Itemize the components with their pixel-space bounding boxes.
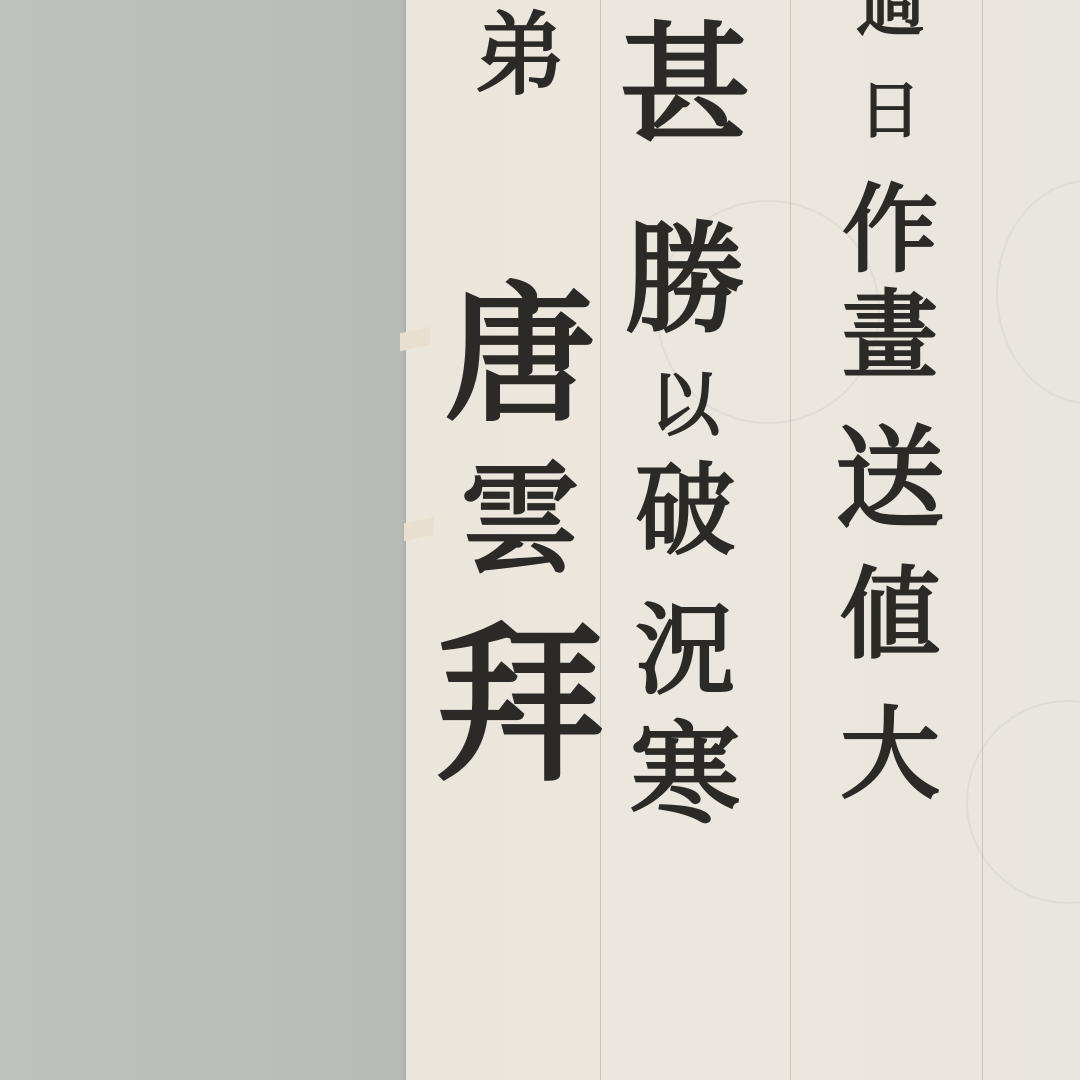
- ruling-line: [790, 0, 791, 1080]
- calligraphy-char: 弟: [475, 10, 565, 100]
- calligraphy-char: 以: [650, 370, 720, 440]
- calligraphy-char: 日: [859, 80, 921, 142]
- calligraphy-char: 況: [635, 600, 735, 700]
- calligraphy-char: 拜: [435, 620, 605, 790]
- calligraphy-char: 甚: [620, 20, 750, 150]
- calligraphy-char: 値: [840, 564, 940, 664]
- ruling-line: [600, 0, 601, 1080]
- calligraphy-char: 送: [835, 424, 945, 534]
- signature-char: 雲: [460, 460, 580, 580]
- ruling-line: [982, 0, 983, 1080]
- calligraphy-char: 寒: [630, 720, 740, 830]
- calligraphy-char: 過: [855, 0, 925, 40]
- calligraphy-char: 破: [635, 460, 735, 560]
- paper-watermark: [966, 700, 1080, 904]
- calligraphy-char: 大: [840, 704, 940, 804]
- calligraphy-char: 作: [842, 182, 938, 278]
- calligraphy-column-middle: 甚 勝 以 破 況 寒: [605, 0, 765, 1080]
- signature-char: 唐: [445, 280, 595, 430]
- gray-background-board: [0, 0, 406, 1080]
- paper-watermark: [996, 180, 1080, 404]
- calligraphy-column-left: 弟 唐 雲 拜: [450, 0, 590, 1080]
- calligraphy-char: 勝: [625, 220, 745, 340]
- calligraphy-char: 畫: [842, 288, 938, 384]
- calligraphy-column-right: 過 日 作 畫 送 値 大: [805, 0, 975, 1080]
